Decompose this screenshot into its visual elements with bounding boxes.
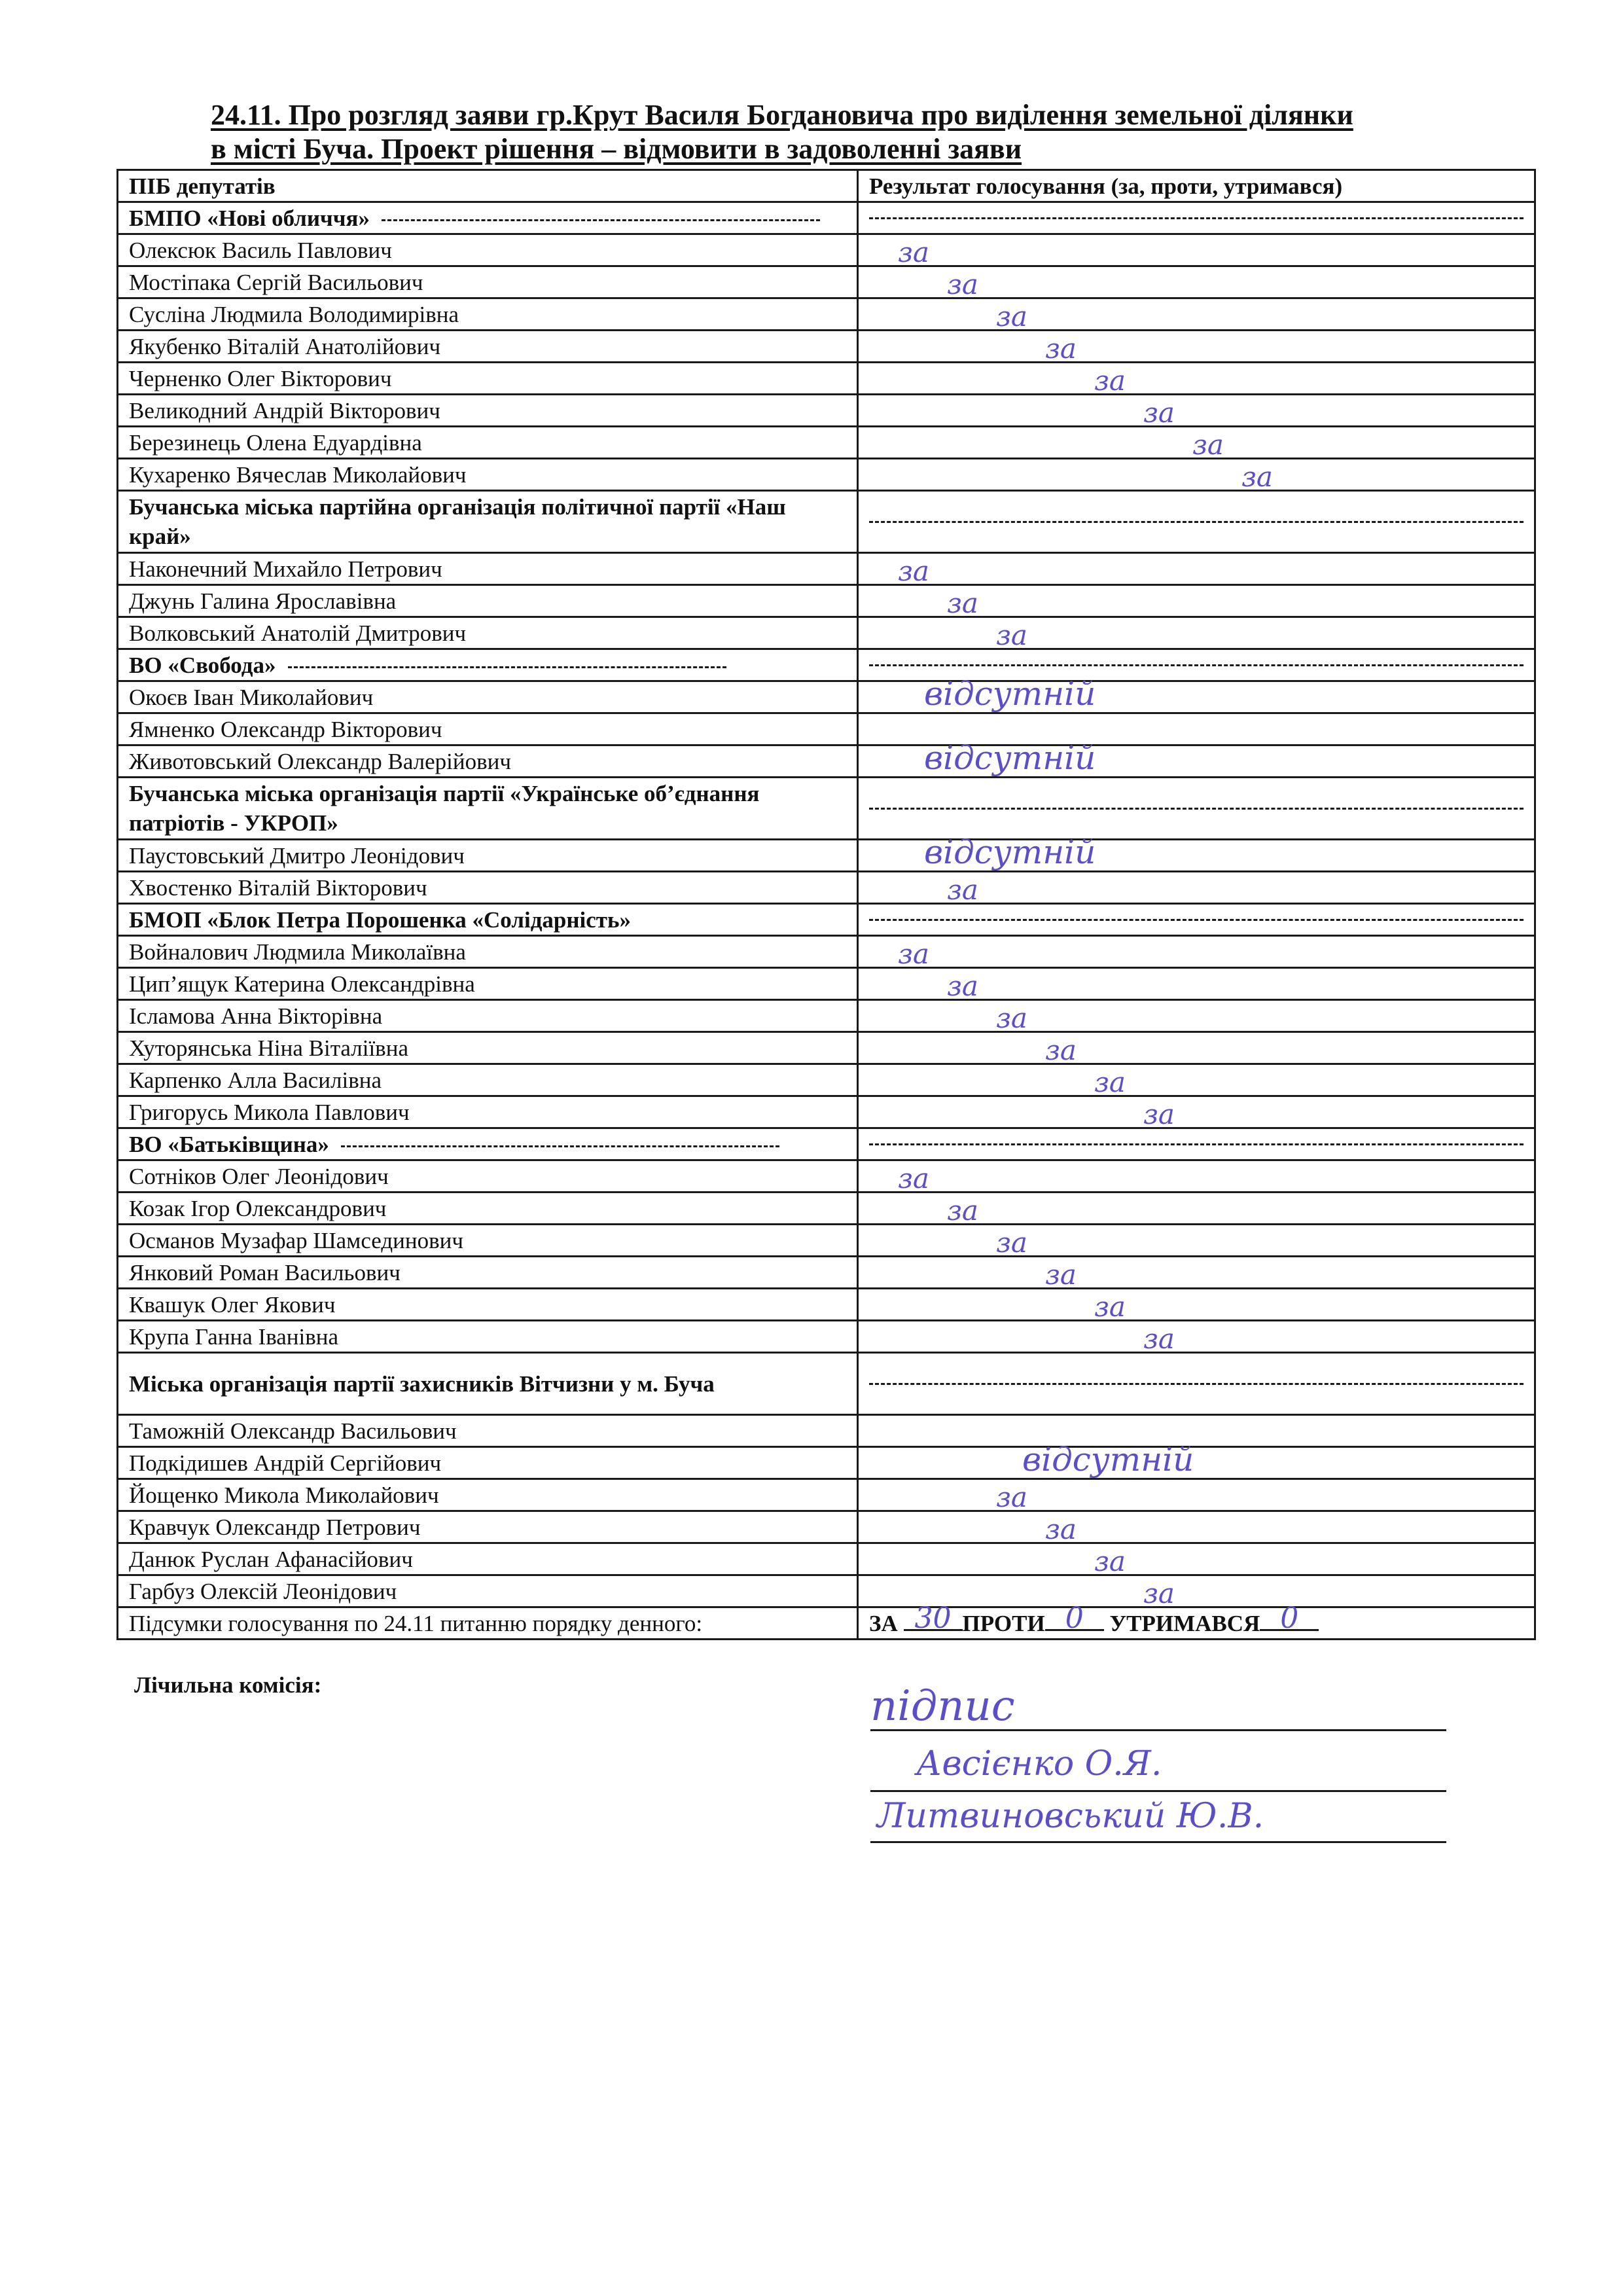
deputy-row: Кухаренко Вячеслав Миколайовичза — [118, 459, 1535, 491]
counting-commission-label: Лічильна комісія: — [134, 1672, 321, 1698]
summary-values: ЗА 30ПРОТИ0 УТРИМАВСЯ0 — [858, 1607, 1535, 1640]
deputy-row: Ісламова Анна Вікторівназа — [118, 1000, 1535, 1032]
group-name-text: ВО «Свобода» — [129, 653, 276, 678]
table-header-row: ПІБ депутатів Результат голосування (за,… — [118, 170, 1535, 202]
handwritten-vote: за — [1143, 398, 1175, 427]
deputy-row: Джунь Галина Ярославівназа — [118, 585, 1535, 617]
handwritten-vote: за — [996, 1482, 1027, 1512]
deputy-name: Гарбуз Олексій Леонідович — [118, 1575, 858, 1607]
handwritten-vote: за — [1045, 1035, 1077, 1065]
deputy-row: Цип’ящук Катерина Олександрівназа — [118, 968, 1535, 1000]
deputy-name: Окоєв Іван Миколайович — [118, 681, 858, 713]
dash-filler — [288, 666, 726, 668]
group-vote-placeholder — [858, 1353, 1535, 1415]
deputy-row: Мостіпака Сергій Васильовичза — [118, 266, 1535, 298]
handwritten-vote: за — [898, 238, 929, 267]
for-label: ЗА — [869, 1611, 898, 1636]
handwritten-vote: за — [947, 971, 978, 1001]
deputy-vote-cell — [858, 713, 1535, 745]
group-name-text: Міська організація партії захисників Віт… — [129, 1371, 715, 1397]
abstain-label: УТРИМАВСЯ — [1109, 1611, 1260, 1636]
handwritten-vote: за — [1045, 1260, 1077, 1289]
deputy-vote-cell: відсутній — [858, 745, 1535, 778]
deputy-name: Ямненко Олександр Вікторович — [118, 713, 858, 745]
deputy-vote-cell: за — [858, 1000, 1535, 1032]
deputy-row: Животовський Олександр Валерійовичвідсут… — [118, 745, 1535, 778]
group-row: БМОП «Блок Петра Порошенка «Солідарність… — [118, 904, 1535, 936]
deputy-vote-cell: за — [858, 553, 1535, 585]
group-vote-placeholder — [858, 649, 1535, 681]
handwritten-vote: за — [996, 1003, 1027, 1033]
deputy-vote-cell: за — [858, 1225, 1535, 1257]
deputy-name: Ісламова Анна Вікторівна — [118, 1000, 858, 1032]
handwritten-vote: за — [1045, 1515, 1077, 1544]
handwritten-vote: за — [898, 1164, 929, 1193]
deputy-name: Великодний Андрій Вікторович — [118, 395, 858, 427]
deputy-vote-cell: відсутній — [858, 840, 1535, 872]
group-vote-placeholder — [858, 904, 1535, 936]
group-row: Бучанська міська партійна організація по… — [118, 491, 1535, 553]
deputy-vote-cell: за — [858, 617, 1535, 649]
deputy-name: Черненко Олег Вікторович — [118, 363, 858, 395]
group-name-text: БМПО «Нові обличчя» — [129, 206, 370, 231]
group-name: Бучанська міська партійна організація по… — [118, 491, 858, 553]
deputy-row: Якубенко Віталій Анатолійовичза — [118, 331, 1535, 363]
deputy-row: Наконечний Михайло Петровичза — [118, 553, 1535, 585]
signature-line-3 — [870, 1841, 1446, 1843]
group-name-text: Бучанська міська організація партії «Укр… — [129, 781, 759, 836]
deputy-name: Козак Ігор Олександрович — [118, 1193, 858, 1225]
group-row: ВО «Свобода» — [118, 649, 1535, 681]
header-deputies: ПІБ депутатів — [118, 170, 858, 202]
document-title: 24.11. Про розгляд заяви гр.Крут Василя … — [211, 98, 1493, 166]
voting-table: ПІБ депутатів Результат голосування (за,… — [116, 169, 1536, 1640]
deputy-name: Янковий Роман Васильович — [118, 1257, 858, 1289]
deputy-vote-cell: за — [858, 1032, 1535, 1064]
signature-2: Авсієнко О.Я. — [916, 1744, 1162, 1784]
deputy-vote-cell: за — [858, 585, 1535, 617]
deputy-name: Наконечний Михайло Петрович — [118, 553, 858, 585]
deputy-row: Козак Ігор Олександровичза — [118, 1193, 1535, 1225]
deputy-vote-cell: за — [858, 1479, 1535, 1511]
group-name: БМОП «Блок Петра Порошенка «Солідарність… — [118, 904, 858, 936]
deputy-name: Подкідишев Андрій Сергійович — [118, 1447, 858, 1479]
deputy-vote-cell: за — [858, 459, 1535, 491]
deputy-name: Цип’ящук Катерина Олександрівна — [118, 968, 858, 1000]
deputy-vote-cell: за — [858, 363, 1535, 395]
deputy-name: Квашук Олег Якович — [118, 1289, 858, 1321]
deputy-vote-cell: за — [858, 331, 1535, 363]
deputy-row: Йощенко Микола Миколайовичза — [118, 1479, 1535, 1511]
deputy-name: Григорусь Микола Павлович — [118, 1096, 858, 1128]
deputy-row: Войналович Людмила Миколаївназа — [118, 936, 1535, 968]
deputy-row: Крупа Ганна Іванівназа — [118, 1321, 1535, 1353]
abstain-value: 0 — [1260, 1604, 1319, 1633]
deputy-name: Якубенко Віталій Анатолійович — [118, 331, 858, 363]
deputy-name: Хуторянська Ніна Віталіївна — [118, 1032, 858, 1064]
handwritten-vote: за — [996, 302, 1027, 331]
handwritten-vote: за — [996, 620, 1027, 650]
dash-filler — [869, 664, 1524, 666]
for-blank: 30 — [904, 1609, 963, 1631]
deputy-row: Хвостенко Віталій Вікторовичза — [118, 872, 1535, 904]
group-row: БМПО «Нові обличчя» — [118, 202, 1535, 234]
handwritten-vote: за — [947, 270, 978, 299]
deputy-row: Карпенко Алла Василівназа — [118, 1064, 1535, 1096]
deputy-row: Османов Музафар Шамсединовичза — [118, 1225, 1535, 1257]
handwritten-vote: відсутній — [924, 744, 1096, 773]
dash-filler — [869, 808, 1524, 810]
against-blank: 0 — [1045, 1609, 1104, 1631]
deputy-row: Волковський Анатолій Дмитровичза — [118, 617, 1535, 649]
deputy-row: Олексюк Василь Павловичза — [118, 234, 1535, 266]
group-row: Міська організація партії захисників Віт… — [118, 1353, 1535, 1415]
signature-line-2 — [870, 1790, 1446, 1792]
handwritten-vote: за — [1192, 430, 1224, 459]
handwritten-vote: за — [898, 939, 929, 969]
deputy-vote-cell: за — [858, 1543, 1535, 1575]
handwritten-vote: за — [996, 1228, 1027, 1257]
deputy-vote-cell: за — [858, 427, 1535, 459]
deputy-vote-cell: за — [858, 234, 1535, 266]
deputy-name: Хвостенко Віталій Вікторович — [118, 872, 858, 904]
group-name: Бучанська міська організація партії «Укр… — [118, 778, 858, 840]
deputy-row: Хуторянська Ніна Віталіївназа — [118, 1032, 1535, 1064]
signature-3: Литвиновський Ю.В. — [877, 1797, 1264, 1836]
deputy-row: Подкідишев Андрій Сергійовичвідсутній — [118, 1447, 1535, 1479]
deputy-vote-cell: відсутній — [858, 681, 1535, 713]
deputy-name: Османов Музафар Шамсединович — [118, 1225, 858, 1257]
summary-label: Підсумки голосування по 24.11 питанню по… — [118, 1607, 858, 1640]
deputy-vote-cell: за — [858, 1257, 1535, 1289]
group-row: ВО «Батьківщина» — [118, 1128, 1535, 1160]
deputy-vote-cell: за — [858, 1064, 1535, 1096]
group-name-text: БМОП «Блок Петра Порошенка «Солідарність… — [129, 907, 631, 933]
deputy-row: Григорусь Микола Павловичза — [118, 1096, 1535, 1128]
handwritten-vote: за — [1094, 1547, 1126, 1576]
deputy-row: Ямненко Олександр Вікторович — [118, 713, 1535, 745]
dash-filler — [341, 1145, 779, 1147]
group-name-text: Бучанська міська партійна організація по… — [129, 494, 786, 549]
deputy-name: Волковський Анатолій Дмитрович — [118, 617, 858, 649]
deputy-vote-cell: за — [858, 298, 1535, 331]
handwritten-vote: за — [1143, 1324, 1175, 1354]
title-line-1: 24.11. Про розгляд заяви гр.Крут Василя … — [211, 99, 1353, 131]
deputy-vote-cell: за — [858, 395, 1535, 427]
handwritten-vote: за — [947, 588, 978, 618]
deputy-name: Животовський Олександр Валерійович — [118, 745, 858, 778]
dash-filler — [869, 1143, 1524, 1145]
deputy-row: Черненко Олег Вікторовичза — [118, 363, 1535, 395]
deputy-name: Джунь Галина Ярославівна — [118, 585, 858, 617]
deputy-name: Карпенко Алла Василівна — [118, 1064, 858, 1096]
dash-filler — [869, 919, 1524, 921]
group-vote-placeholder — [858, 202, 1535, 234]
group-name: ВО «Свобода» — [118, 649, 858, 681]
summary-row: Підсумки голосування по 24.11 питанню по… — [118, 1607, 1535, 1640]
deputy-vote-cell: за — [858, 1289, 1535, 1321]
deputy-row: Таможній Олександр Васильович — [118, 1415, 1535, 1447]
handwritten-vote: за — [947, 875, 978, 905]
deputy-name: Мостіпака Сергій Васильович — [118, 266, 858, 298]
dash-filler — [869, 217, 1524, 219]
group-name-text: ВО «Батьківщина» — [129, 1132, 329, 1157]
group-name: ВО «Батьківщина» — [118, 1128, 858, 1160]
dash-filler — [869, 1383, 1524, 1385]
for-value: 30 — [904, 1604, 963, 1633]
deputy-name: Кравчук Олександр Петрович — [118, 1511, 858, 1543]
deputy-vote-cell: за — [858, 1511, 1535, 1543]
handwritten-vote: за — [898, 556, 929, 586]
deputy-vote-cell: за — [858, 968, 1535, 1000]
deputy-name: Олексюк Василь Павлович — [118, 234, 858, 266]
deputy-row: Данюк Руслан Афанасійовичза — [118, 1543, 1535, 1575]
header-vote-result: Результат голосування (за, проти, утрима… — [858, 170, 1535, 202]
deputy-row: Сотніков Олег Леонідовичза — [118, 1160, 1535, 1193]
deputy-name: Йощенко Микола Миколайович — [118, 1479, 858, 1511]
deputy-name: Паустовський Дмитро Леонідович — [118, 840, 858, 872]
against-value: 0 — [1045, 1604, 1104, 1633]
deputy-vote-cell: відсутній — [858, 1447, 1535, 1479]
group-vote-placeholder — [858, 1128, 1535, 1160]
deputy-vote-cell: за — [858, 936, 1535, 968]
deputy-vote-cell: за — [858, 266, 1535, 298]
handwritten-vote: за — [947, 1196, 978, 1225]
deputy-row: Гарбуз Олексій Леонідовичза — [118, 1575, 1535, 1607]
deputy-row: Окоєв Іван Миколайовичвідсутній — [118, 681, 1535, 713]
deputy-name: Сотніков Олег Леонідович — [118, 1160, 858, 1193]
deputy-row: Березинець Олена Едуардівназа — [118, 427, 1535, 459]
handwritten-vote: за — [1143, 1100, 1175, 1129]
deputy-name: Таможній Олександр Васильович — [118, 1415, 858, 1447]
against-label: ПРОТИ — [963, 1611, 1045, 1636]
deputy-row: Кравчук Олександр Петровичза — [118, 1511, 1535, 1543]
deputy-name: Березинець Олена Едуардівна — [118, 427, 858, 459]
deputy-name: Кухаренко Вячеслав Миколайович — [118, 459, 858, 491]
deputy-row: Янковий Роман Васильовичза — [118, 1257, 1535, 1289]
abstain-blank: 0 — [1260, 1609, 1319, 1631]
dash-filler — [382, 219, 820, 221]
dash-filler — [869, 521, 1524, 523]
deputy-vote-cell — [858, 1415, 1535, 1447]
group-vote-placeholder — [858, 491, 1535, 553]
handwritten-vote: за — [1094, 366, 1126, 395]
handwritten-vote: за — [1143, 1579, 1175, 1608]
deputy-name: Данюк Руслан Афанасійович — [118, 1543, 858, 1575]
handwritten-vote: за — [1241, 462, 1273, 492]
handwritten-vote: за — [1094, 1067, 1126, 1097]
deputy-vote-cell: за — [858, 872, 1535, 904]
handwritten-vote: відсутній — [924, 679, 1096, 709]
deputy-vote-cell: за — [858, 1321, 1535, 1353]
deputy-row: Великодний Андрій Вікторовичза — [118, 395, 1535, 427]
group-row: Бучанська міська організація партії «Укр… — [118, 778, 1535, 840]
deputy-vote-cell: за — [858, 1096, 1535, 1128]
deputy-row: Паустовський Дмитро Леонідовичвідсутній — [118, 840, 1535, 872]
deputy-vote-cell: за — [858, 1575, 1535, 1607]
deputy-name: Войналович Людмила Миколаївна — [118, 936, 858, 968]
handwritten-vote: відсутній — [924, 838, 1096, 867]
deputy-name: Крупа Ганна Іванівна — [118, 1321, 858, 1353]
handwritten-vote: відсутній — [1022, 1445, 1194, 1475]
handwritten-vote: за — [1045, 334, 1077, 363]
deputy-vote-cell: за — [858, 1160, 1535, 1193]
deputy-row: Сусліна Людмила Володимирівназа — [118, 298, 1535, 331]
deputy-row: Квашук Олег Яковичза — [118, 1289, 1535, 1321]
deputy-vote-cell: за — [858, 1193, 1535, 1225]
group-name: Міська організація партії захисників Віт… — [118, 1353, 858, 1415]
handwritten-vote: за — [1094, 1292, 1126, 1321]
group-name: БМПО «Нові обличчя» — [118, 202, 858, 234]
signature-1: підпис — [870, 1682, 1015, 1731]
deputy-name: Сусліна Людмила Володимирівна — [118, 298, 858, 331]
title-line-2: в місті Буча. Проект рішення – відмовити… — [211, 133, 1022, 165]
group-vote-placeholder — [858, 778, 1535, 840]
